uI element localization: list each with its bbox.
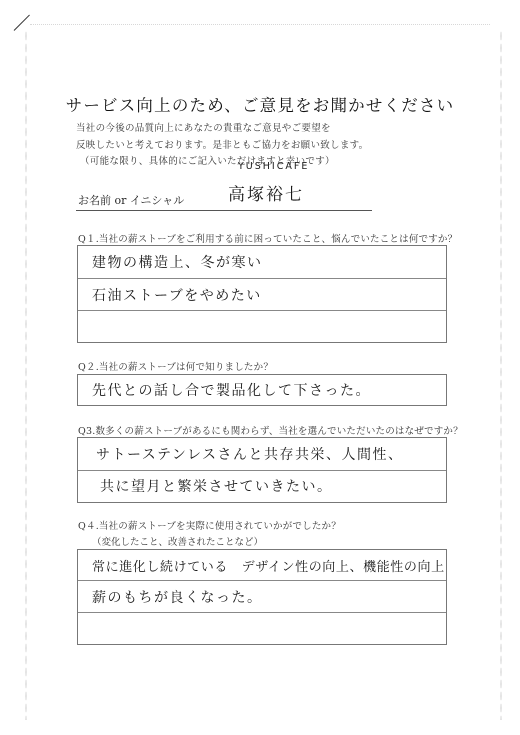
answer-row[interactable]: 共に望月と繁栄させていきたい。 [78, 471, 446, 502]
answer-row[interactable]: サトーステンレスさんと共存共栄、人間性、 [78, 438, 446, 471]
answer-text: 建物の構造上、冬が寒い [92, 252, 263, 272]
answer-text: サトーステンレスさんと共存共栄、人間性、 [96, 444, 404, 464]
answer-row[interactable]: 石油ストーブをやめたい [78, 279, 446, 311]
answer-text: 薪のもちが良くなった。 [92, 587, 263, 607]
scan-edge-line [30, 24, 490, 25]
answer-row[interactable] [78, 311, 446, 342]
answer-row[interactable]: 常に進化し続けている デザイン性の向上、機能性の向上 [78, 550, 446, 581]
scan-dots-left [25, 30, 27, 720]
question-2-answer-box: 先代との話し合で製品化して下さった。 [77, 374, 447, 406]
question-4-sublabel: （変化したこと、改善されたことなど） [92, 534, 263, 548]
name-underline [76, 210, 372, 211]
company-handwritten: YUSHICAFE [238, 161, 309, 172]
intro-line-2: 反映したいと考えております。是非ともご協力をお願い致します。 [76, 137, 368, 151]
question-1-answer-box: 建物の構造上、冬が寒い 石油ストーブをやめたい [77, 245, 447, 343]
intro-line-1: 当社の今後の品質向上にあなたの貴重なご意見やご要望を [76, 120, 331, 134]
answer-row[interactable]: 先代との話し合で製品化して下さった。 [78, 375, 446, 405]
answer-row[interactable]: 建物の構造上、冬が寒い [78, 246, 446, 279]
scan-dots-right [500, 30, 502, 720]
answer-text: 石油ストーブをやめたい [92, 285, 262, 305]
answer-text: 先代との話し合で製品化して下さった。 [92, 380, 371, 400]
answer-text: 常に進化し続けている デザイン性の向上、機能性の向上 [92, 556, 445, 575]
corner-mark [14, 15, 30, 31]
answer-text: 共に望月と繁栄させていきたい。 [100, 476, 333, 496]
question-3-answer-box: サトーステンレスさんと共存共栄、人間性、 共に望月と繁栄させていきたい。 [77, 437, 447, 503]
question-3-label: Q3.数多くの薪ストーブがあるにも関わらず、当社を選んでいただいたのはなぜですか… [78, 423, 463, 437]
answer-row[interactable] [78, 613, 446, 644]
answer-row[interactable]: 薪のもちが良くなった。 [78, 581, 446, 613]
name-label: お名前 or イニシャル [78, 192, 184, 208]
question-4-answer-box: 常に進化し続けている デザイン性の向上、機能性の向上 薪のもちが良くなった。 [77, 549, 447, 645]
question-2-label: Q２.当社の薪ストーブは何で知りましたか？ [78, 359, 273, 373]
question-1-label: Q１.当社の薪ストーブをご利用する前に困っていたこと、悩んでいたことは何ですか？ [78, 231, 457, 245]
question-4-label: Q４.当社の薪ストーブを実際に使用されていかがでしたか？ [78, 518, 341, 532]
form-title: サービス向上のため、ご意見をお聞かせください [0, 92, 520, 116]
name-field[interactable]: 高塚裕七 [228, 180, 304, 205]
